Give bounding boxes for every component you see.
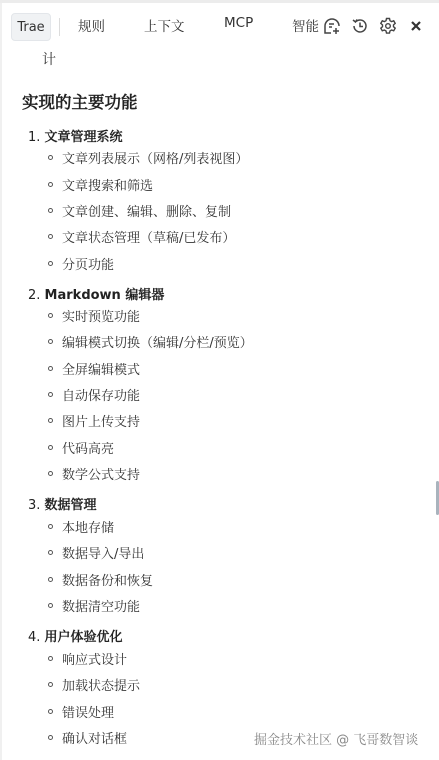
- bullet-icon: [48, 339, 53, 344]
- bullet-icon: [48, 366, 53, 371]
- list-item: 文章搜索和筛选: [48, 175, 153, 194]
- tab-smart[interactable]: 智能: [292, 15, 319, 35]
- text-fragment: 计: [42, 49, 56, 69]
- list-item: 代码高亮: [48, 438, 114, 457]
- watermark: 掘金技术社区 @ 飞哥数智谈: [254, 729, 418, 748]
- history-icon[interactable]: [350, 16, 370, 36]
- bullet-icon: [48, 445, 53, 450]
- list-item: 编辑模式切换（编辑/分栏/预览）: [48, 332, 253, 351]
- list-item: 图片上传支持: [48, 411, 140, 430]
- list-item: 错误处理: [48, 702, 114, 721]
- list-item: 本地存储: [48, 517, 114, 536]
- bullet-icon: [48, 155, 53, 160]
- list-item: 文章创建、编辑、删除、复制: [48, 201, 231, 220]
- tab-rules[interactable]: 规则: [78, 15, 105, 35]
- bullet-icon: [48, 682, 53, 687]
- new-chat-icon[interactable]: [322, 16, 342, 36]
- list-item: 分页功能: [48, 254, 114, 273]
- bullet-icon: [48, 471, 53, 476]
- bullet-icon: [48, 418, 53, 423]
- bullet-icon: [48, 182, 53, 187]
- list-item: 数据清空功能: [48, 596, 140, 615]
- list-item: 确认对话框: [48, 728, 127, 747]
- tab-bar: Trae 规则 上下文 MCP 智能: [0, 3, 439, 47]
- tab-context[interactable]: 上下文: [144, 15, 185, 35]
- list-item: 自动保存功能: [48, 385, 140, 404]
- list-item: 响应式设计: [48, 649, 127, 668]
- list-item: 实时预览功能: [48, 306, 140, 325]
- bullet-icon: [48, 234, 53, 239]
- bullet-icon: [48, 656, 53, 661]
- bullet-icon: [48, 261, 53, 266]
- tab-trae[interactable]: Trae: [11, 13, 51, 41]
- settings-icon[interactable]: [378, 16, 398, 36]
- bullet-icon: [48, 392, 53, 397]
- section-title: 3. 数据管理: [28, 494, 97, 513]
- bullet-icon: [48, 735, 53, 740]
- list-item: 数据备份和恢复: [48, 570, 153, 589]
- tab-separator: [59, 18, 60, 36]
- list-item: 加载状态提示: [48, 675, 140, 694]
- list-item: 文章列表展示（网格/列表视图）: [48, 148, 248, 167]
- bullet-icon: [48, 524, 53, 529]
- bullet-icon: [48, 208, 53, 213]
- bullet-icon: [48, 550, 53, 555]
- list-item: 全屏编辑模式: [48, 359, 140, 378]
- bullet-icon: [48, 313, 53, 318]
- section-title: 2. Markdown 编辑器: [28, 284, 164, 303]
- close-icon[interactable]: [406, 16, 426, 36]
- section-heading: 实现的主要功能: [22, 89, 138, 113]
- list-item: 数学公式支持: [48, 464, 140, 483]
- list-item: 文章状态管理（草稿/已发布）: [48, 227, 235, 246]
- left-border: [0, 3, 2, 760]
- bullet-icon: [48, 709, 53, 714]
- bullet-icon: [48, 577, 53, 582]
- bullet-icon: [48, 603, 53, 608]
- tab-mcp[interactable]: MCP: [224, 15, 253, 31]
- section-title: 1. 文章管理系统: [28, 126, 123, 145]
- list-item: 数据导入/导出: [48, 543, 144, 562]
- section-title: 4. 用户体验优化: [28, 626, 123, 645]
